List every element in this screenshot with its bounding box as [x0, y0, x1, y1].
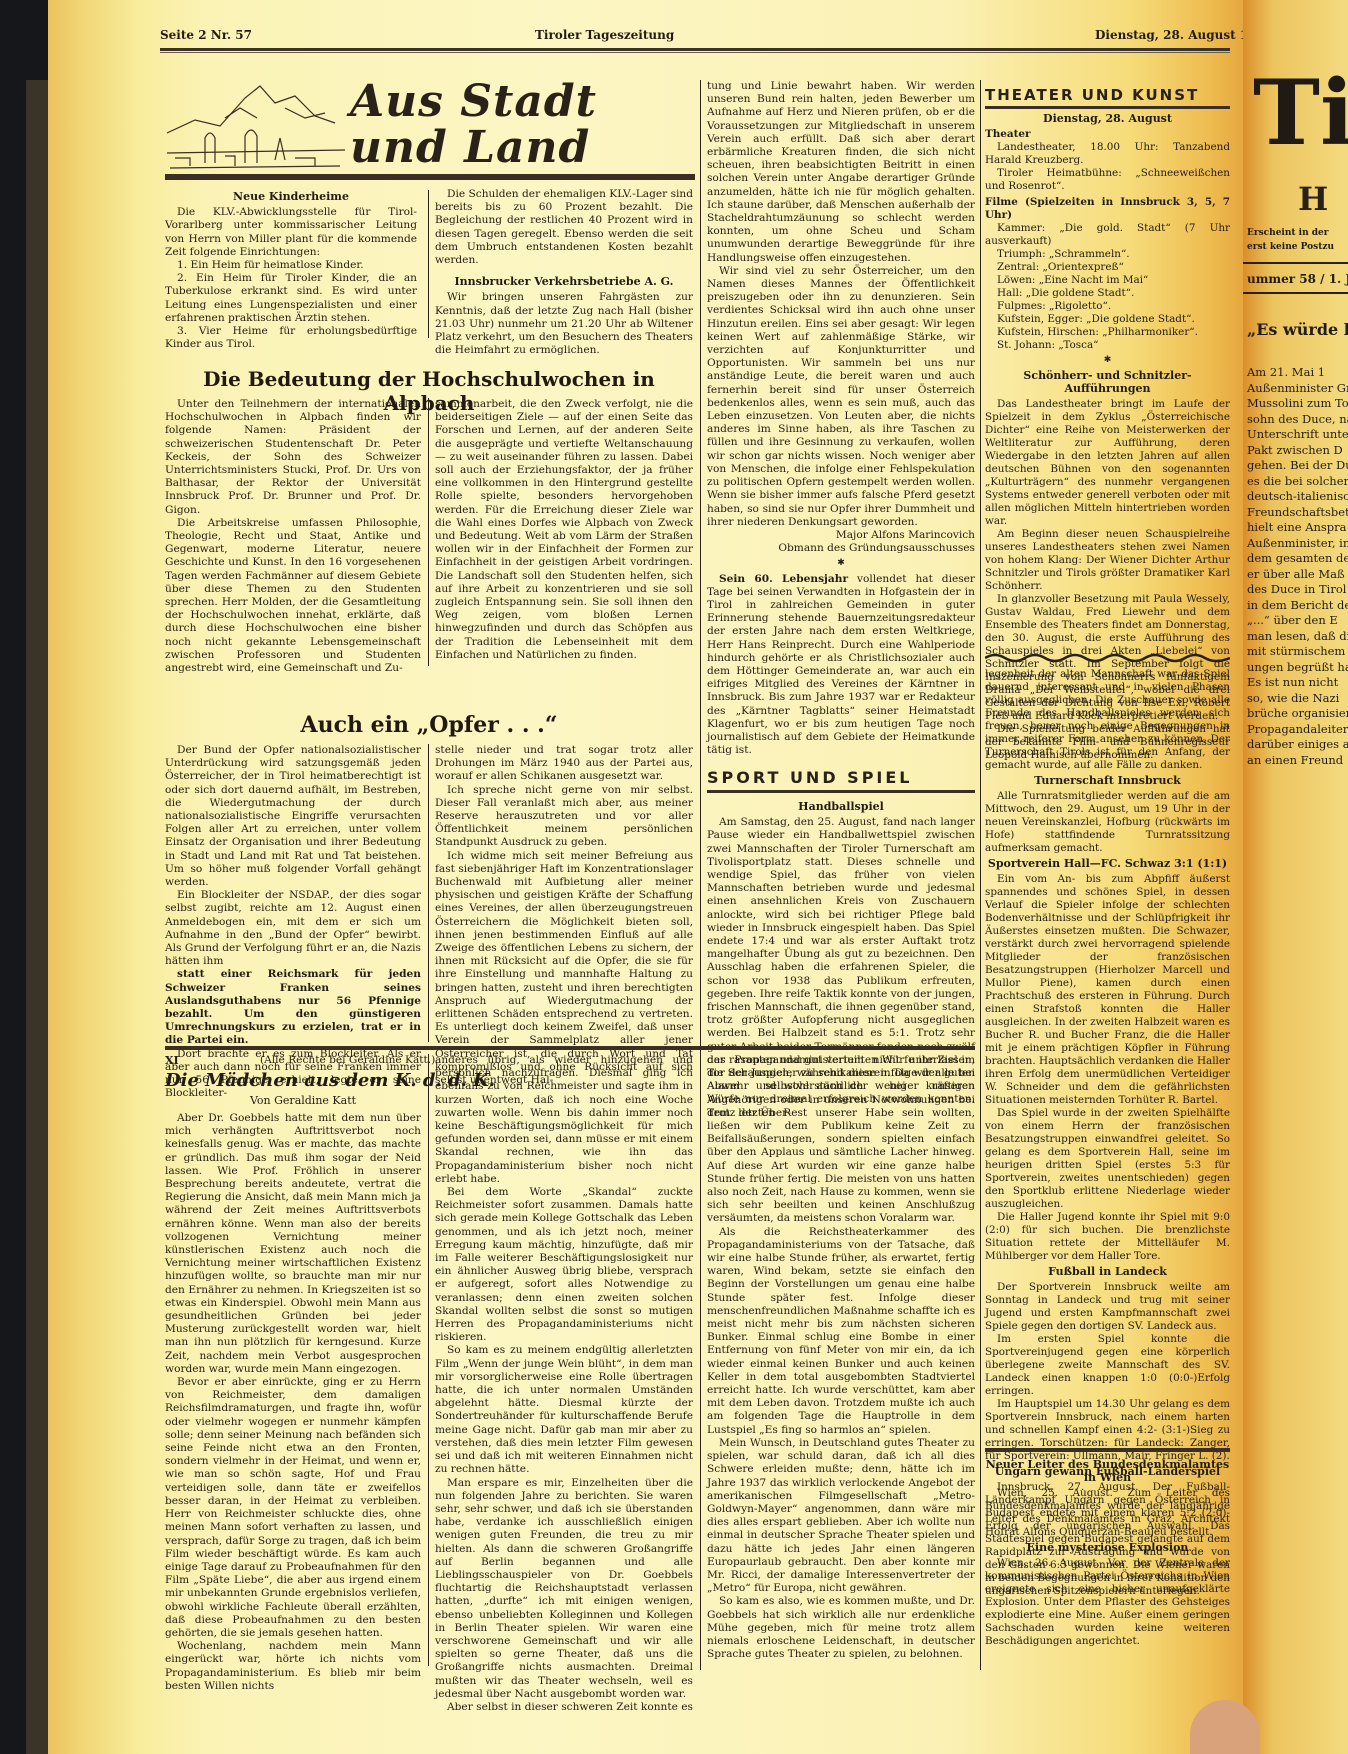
- next-page-text-line: brüche organisierten: [1247, 706, 1348, 722]
- next-page-title: Ti: [1253, 60, 1348, 166]
- paragraph: Im Hauptspiel um 14.30 Uhr gelang es dem…: [985, 1398, 1230, 1463]
- paragraph: Die Haller Jugend konnte ihr Spiel mit 9…: [985, 1211, 1230, 1263]
- next-page-fragment: Ti H Erscheint in der erst keine Postzu …: [1243, 0, 1348, 1754]
- paragraph: Die Schulden der ehemaligen KLV.-Lager s…: [435, 188, 693, 267]
- paragraph: Unter den Teilnehmern der internationale…: [165, 398, 421, 517]
- column-divider: [428, 398, 429, 666]
- serial-rule: [165, 1046, 975, 1050]
- next-page-text-line: sohn des Duce, na: [1247, 412, 1348, 428]
- paragraph: Ein vom An- bis zum Abpfiff äußerst span…: [985, 873, 1230, 1107]
- masthead-line1: Aus Stadt: [350, 76, 597, 127]
- next-page-text-line: des Duce in Tirol: [1247, 582, 1348, 598]
- paragraph: Wien, 25. August. Zum Leiter des Bundesd…: [985, 1487, 1230, 1539]
- paragraph: Mein Wunsch, in Deutschland gutes Theate…: [707, 1437, 975, 1595]
- separator-star: ✱: [985, 354, 1230, 367]
- paragraph: Der Bund der Opfer nationalsozialistisch…: [165, 744, 421, 889]
- paragraph: Ein Blockleiter der NSDAP., der dies sog…: [165, 889, 421, 968]
- binding-edge: [26, 80, 48, 1754]
- next-page-issue: ummer 58 / 1. J: [1247, 272, 1348, 286]
- paragraph: Ich spreche nicht gerne von mir selbst. …: [435, 784, 693, 850]
- lead-text: Sein 60. Lebensjahr: [719, 573, 848, 585]
- article-hochschulwochen-col2: sammenarbeit, die den Zweck verfolgt, ni…: [435, 398, 693, 662]
- next-page-line: Erscheint in der: [1247, 228, 1329, 238]
- paragraph: So kam es also, wie es kommen mußte, und…: [707, 1595, 975, 1661]
- paragraph: Das Landestheater bringt im Laufe der Sp…: [985, 398, 1230, 528]
- listing-date: Dienstag, 28. August: [985, 112, 1230, 125]
- paragraph: Aber selbst in dieser schweren Zeit konn…: [435, 1701, 693, 1714]
- next-page-text-line: so, wie die Nazi: [1247, 691, 1348, 707]
- paragraph: stelle nieder und trat sogar trotz aller…: [435, 744, 693, 784]
- paragraph: legenheit der alten Mannschaft war das S…: [985, 668, 1230, 772]
- article-title: Turnerschaft Innsbruck: [985, 774, 1230, 787]
- section-sport: SPORT UND SPIEL: [707, 768, 913, 787]
- listing-label: Theater: [985, 128, 1230, 141]
- section-theater: THEATER UND KUNST: [985, 86, 1199, 104]
- paragraph: Wochenlang, nachdem mein Mann eingerückt…: [165, 1640, 421, 1693]
- next-page-text-line: Außenminister, in: [1247, 536, 1348, 552]
- paragraph: Der Sportverein Innsbruck weilte am Sonn…: [985, 1281, 1230, 1333]
- section-rule: [985, 106, 1230, 109]
- article-opfer-col2: stelle nieder und trat sogar trotz aller…: [435, 744, 693, 1087]
- listing-item: Landestheater, 18.00 Uhr: Tanzabend Hara…: [985, 141, 1230, 167]
- paragraph: das Propagandaministerium nicht unterlas…: [707, 1054, 975, 1226]
- next-page-text-line: gehen. Bei der Du: [1247, 458, 1348, 474]
- serial-col2: anderes übrig, als wieder hinzugehen und…: [435, 1054, 693, 1714]
- serial-rights: (Alle Rechte bei Geraldine Katt.): [260, 1054, 435, 1066]
- next-page-line: erst keine Postzu: [1247, 242, 1334, 252]
- next-page-text-line: Mussolini zum To: [1247, 396, 1348, 412]
- paragraph: tung und Linie bewahrt haben. Wir werden…: [707, 80, 975, 265]
- listing-item: St. Johann: „Tosca“: [985, 339, 1230, 352]
- column-divider: [428, 1054, 429, 1666]
- paragraph: Die Arbeitskreise umfassen Philosophie, …: [165, 517, 421, 675]
- next-page-text-line: er über alle Maß: [1247, 567, 1348, 583]
- signature-name: Major Alfons Marincovich: [707, 529, 975, 542]
- listing-item: Kufstein, Hirschen: „Philharmoniker“.: [985, 326, 1230, 339]
- paragraph: 2. Ein Heim für Tiroler Kinder, die an T…: [165, 272, 417, 325]
- next-page-text-line: mit stürmischem Ju: [1247, 644, 1348, 660]
- paragraph: Man erspare es mir, Einzelheiten über di…: [435, 1477, 693, 1701]
- next-page-text-line: Pakt zwischen D: [1247, 443, 1348, 459]
- column-divider: [700, 80, 701, 1670]
- paragraph: Am Beginn dieser neuen Schauspielreihe u…: [985, 528, 1230, 593]
- paragraph: Wir sind viel zu sehr Österreicher, um d…: [707, 265, 975, 529]
- article-title: Eine mysteriöse Explosion: [985, 1541, 1230, 1554]
- serial-author: Von Geraldine Katt: [250, 1094, 356, 1107]
- next-page-text-line: darüber einiges a: [1247, 737, 1348, 753]
- masthead-rule: [165, 174, 695, 180]
- theater-listing: Dienstag, 28. August Theater Landestheat…: [985, 110, 1230, 762]
- next-page-text-line: ungen begrüßt habe: [1247, 660, 1348, 676]
- next-page-text-line: Am 21. Mai 1: [1247, 365, 1348, 381]
- next-page-subtitle: H: [1298, 180, 1328, 218]
- next-page-text-line: Freundschaftsbeteu: [1247, 505, 1348, 521]
- paragraph: Bei dem Worte „Skandal“ zuckte Reichmeis…: [435, 1186, 693, 1344]
- news-rule: [985, 1448, 1230, 1452]
- next-page-text-line: Unterschrift unter: [1247, 427, 1348, 443]
- paragraph-bold: statt einer Reichsmark für jeden Schweiz…: [165, 968, 421, 1047]
- next-page-text-line: deutsch-italienischen: [1247, 489, 1348, 505]
- news-column: Neuer Leiter des Bundesdenkmalamtes in W…: [985, 1456, 1230, 1648]
- article-hochschulwochen-col1: Unter den Teilnehmern der internationale…: [165, 398, 421, 675]
- next-page-text-line: an einen Freund: [1247, 753, 1348, 769]
- article-title: Schönherr- und Schnitzler-Aufführungen: [985, 369, 1230, 395]
- section-rule: [707, 790, 975, 793]
- signature-role: Obmann des Gründungsausschusses: [707, 542, 975, 555]
- paragraph: Alle Turnratsmitglieder werden auf die a…: [985, 790, 1230, 855]
- paper-name: Tiroler Tageszeitung: [535, 28, 674, 42]
- listing-item: Kammer: „Die gold. Stadt“ (7 Uhr ausverk…: [985, 222, 1230, 248]
- paragraph: 3. Vier Heime für erholungsbedürftige Ki…: [165, 325, 417, 351]
- article-kinderheime: Neue Kinderheime Die KLV.-Abwicklungsste…: [165, 188, 417, 351]
- article-title: Sportverein Hall—FC. Schwaz 3:1 (1:1): [985, 857, 1230, 870]
- next-page-text-line: Außenminister Gra: [1247, 381, 1348, 397]
- article-title: Neue Kinderheime: [165, 190, 417, 203]
- serial-col3: das Propagandaministerium nicht unterlas…: [707, 1054, 975, 1661]
- next-page-text-line: es die bei solchen: [1247, 474, 1348, 490]
- next-page-text-line: Es ist nun nicht: [1247, 675, 1348, 691]
- listing-item: Tiroler Heimatbühne: „Schneeweißchen und…: [985, 167, 1230, 193]
- article-title: Fußball in Landeck: [985, 1265, 1230, 1278]
- serial-col1: Aber Dr. Goebbels hatte mit dem nun über…: [165, 1112, 421, 1693]
- paragraph: Die KLV.-Abwicklungsstelle für Tirol-Vor…: [165, 206, 417, 259]
- page-number: Seite 2 Nr. 57: [160, 28, 252, 42]
- paragraph: Als die Reichstheaterkammer des Propagan…: [707, 1226, 975, 1437]
- header-rule: [160, 48, 1230, 51]
- article-title: Innsbrucker Verkehrsbetriebe A. G.: [435, 275, 693, 288]
- column-divider: [980, 80, 981, 1670]
- next-page-rule: [1243, 262, 1348, 264]
- listing-item: Zentral: „Orientexpreß“: [985, 261, 1230, 274]
- next-page-headline: „Es würde keine: [1247, 320, 1348, 339]
- wavy-divider-icon: [985, 652, 1230, 664]
- serial-number: XI: [165, 1054, 179, 1067]
- article-title: Handballspiel: [707, 800, 975, 813]
- paragraph: vollendet hat dieser Tage bei seinen Ver…: [707, 573, 975, 757]
- next-page-text-line: in dem Bericht de: [1247, 598, 1348, 614]
- next-page-rule: [1243, 292, 1348, 294]
- column-divider: [428, 744, 429, 1042]
- headline-opfer: Auch ein „Opfer . . .“: [165, 712, 693, 738]
- paragraph: Wir bringen unseren Fahrgästen zur Kennt…: [435, 291, 693, 357]
- paragraph: 1. Ein Heim für heimatlose Kinder.: [165, 259, 417, 272]
- section-masthead: Aus Stadt und Land: [165, 78, 695, 180]
- article-kinderheime-cont: Die Schulden der ehemaligen KLV.-Lager s…: [435, 188, 693, 357]
- listing-item: Kufstein, Egger: „Die goldene Stadt“.: [985, 313, 1230, 326]
- listing-label: Filme (Spielzeiten in Innsbruck 3, 5, 7 …: [985, 196, 1230, 222]
- listing-item: Hall: „Die goldene Stadt“.: [985, 287, 1230, 300]
- column-divider: [428, 190, 429, 338]
- paragraph: sammenarbeit, die den Zweck verfolgt, ni…: [435, 398, 693, 662]
- paragraph: anderes übrig, als wieder hinzugehen und…: [435, 1054, 693, 1186]
- article-title: Neuer Leiter des Bundesdenkmalamtes in W…: [985, 1458, 1230, 1484]
- header-rule-thin: [160, 52, 1230, 53]
- next-page-text-line: hielt eine Anspra: [1247, 520, 1348, 536]
- listing-item: Triumph: „Schrammeln“.: [985, 248, 1230, 261]
- listing-item: Löwen: „Eine Nacht im Mai“: [985, 274, 1230, 287]
- paragraph: Wien, 26. August. Vor der Zentrale der k…: [985, 1557, 1230, 1648]
- next-page-text-line: man lesen, daß die: [1247, 629, 1348, 645]
- next-page-text-line: dem gesamten deu: [1247, 551, 1348, 567]
- next-page-text-line: „...“ über den E: [1247, 613, 1348, 629]
- paragraph: So kam es zu meinem endgültig allerletzt…: [435, 1344, 693, 1476]
- paragraph: Aber Dr. Goebbels hatte mit dem nun über…: [165, 1112, 421, 1376]
- paragraph: Ich widme mich seit meiner Befreiung aus…: [435, 850, 693, 1088]
- masthead-line2: und Land: [350, 122, 590, 173]
- innsbruck-skyline-icon: [165, 78, 345, 174]
- paragraph: Das Spiel wurde in der zweiten Spielhälf…: [985, 1107, 1230, 1211]
- separator-star: ✱: [707, 557, 975, 570]
- article-opfer-col3: tung und Linie bewahrt haben. Wir werden…: [707, 80, 975, 757]
- listing-item: Fulpmes: „Rigoletto“.: [985, 300, 1230, 313]
- paragraph: Im ersten Spiel konnte die Sportvereinju…: [985, 1333, 1230, 1398]
- paragraph: Bevor er aber einrückte, ging er zu Herr…: [165, 1376, 421, 1640]
- next-page-text-line: Propagandaleiter: [1247, 722, 1348, 738]
- next-page-text: Am 21. Mai 1Außenminister GraMussolini z…: [1247, 365, 1348, 768]
